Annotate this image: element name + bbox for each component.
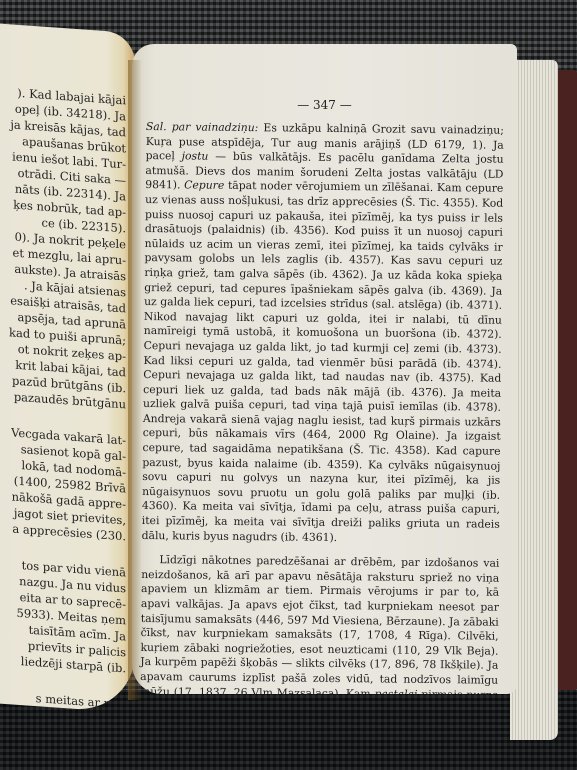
page-number: — 347 — <box>132 98 517 112</box>
left-page: ). Kad labajai kājaiopeļ (ib. 34218). Ja… <box>0 23 135 713</box>
right-page: — 347 — Sal. par vainadziņu: Es uzkāpu k… <box>132 44 517 694</box>
lead-term: vainadziņu: <box>195 121 258 135</box>
paragraph-clothing-omens: Sal. par vainadziņu: Es uzkāpu kalniņā G… <box>142 120 504 547</box>
left-page-text: ). Kad labajai kājaiopeļ (ib. 34218). Ja… <box>0 83 126 713</box>
paragraph-footwear-omens: Līdzīgi nākotnes paredzēšanai ar drēbēm,… <box>139 553 499 694</box>
right-page-text: Sal. par vainadziņu: Es uzkāpu kalniņā G… <box>139 120 504 694</box>
page-edges <box>510 60 558 740</box>
book-gutter <box>128 60 142 700</box>
lead-label: Sal. par <box>146 120 190 133</box>
